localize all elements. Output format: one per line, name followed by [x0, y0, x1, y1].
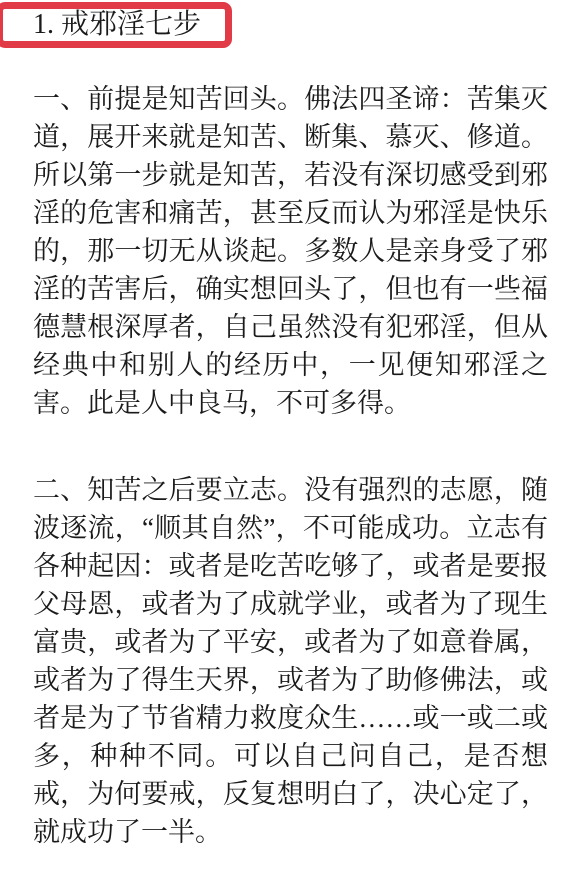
- document-page: 1. 戒邪淫七步 一、前提是知苦回头。佛法四圣谛：苦集灭道，展开来就是知苦、断集…: [0, 0, 580, 870]
- paragraph-step-1: 一、前提是知苦回头。佛法四圣谛：苦集灭道，展开来就是知苦、断集、慕灭、修道。所以…: [33, 80, 548, 422]
- document-body: 一、前提是知苦回头。佛法四圣谛：苦集灭道，展开来就是知苦、断集、慕灭、修道。所以…: [33, 80, 548, 851]
- paragraph-step-2: 二、知苦之后要立志。没有强烈的志愿，随波逐流，“顺其自然”，不可能成功。立志有各…: [33, 471, 548, 851]
- page-title: 1. 戒邪淫七步: [27, 11, 201, 39]
- title-highlight-box: 1. 戒邪淫七步: [0, 2, 232, 48]
